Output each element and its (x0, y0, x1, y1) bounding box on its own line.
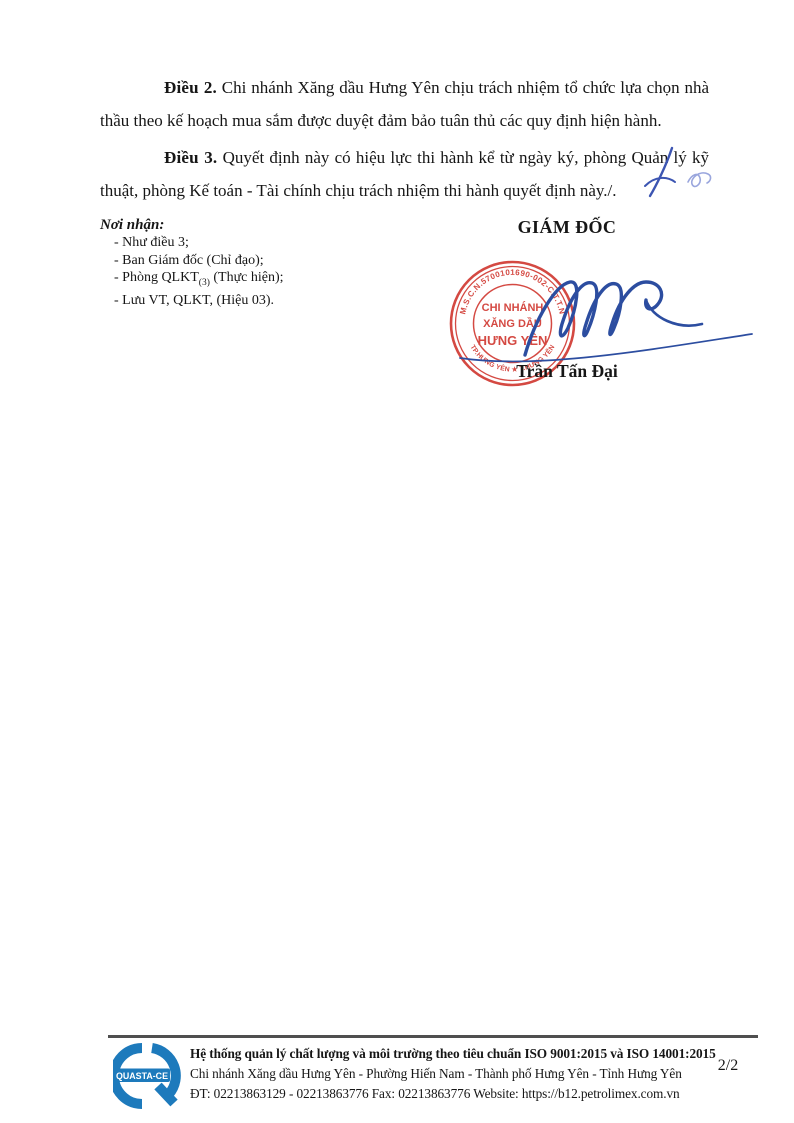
article-2-paragraph: Điều 2. Chi nhánh Xăng dầu Hưng Yên chịu… (100, 71, 709, 137)
recipient-item-subscript: (3) (199, 278, 210, 288)
recipient-item-text: - Phòng QLKT (114, 270, 199, 285)
footer-divider (108, 1035, 758, 1038)
footer-contact-line: ĐT: 02213863129 - 02213863776 Fax: 02213… (190, 1084, 716, 1104)
signer-title: GIÁM ĐỐC (447, 217, 687, 238)
recipient-item: - Phòng QLKT(3) (Thực hiện); (114, 269, 360, 292)
recipient-item: - Như điều 3; (114, 234, 360, 252)
initials-ink-mark (642, 142, 727, 204)
recipient-item: - Lưu VT, QLKT, (Hiệu 03). (114, 292, 360, 310)
logo-text: QUASTA-CE (116, 1071, 168, 1081)
quasta-ce-logo-icon: QUASTA-CE (113, 1042, 181, 1110)
recipients-header: Nơi nhận: (100, 217, 360, 234)
footer-iso-line: Hệ thống quản lý chất lượng và môi trườn… (190, 1044, 716, 1064)
article-3-label: Điều 3. (164, 148, 217, 167)
recipient-item-text: (Thực hiện); (210, 270, 284, 285)
footer-address-line: Chi nhánh Xăng dầu Hưng Yên - Phường Hiế… (190, 1064, 716, 1084)
page-number: 2/2 (698, 1057, 758, 1075)
signer-name: Trần Tấn Đại (447, 361, 687, 382)
article-2-label: Điều 2. (164, 78, 217, 97)
recipient-item: - Ban Giám đốc (Chỉ đạo); (114, 252, 360, 270)
recipients-list: - Như điều 3; - Ban Giám đốc (Chỉ đạo); … (114, 234, 360, 310)
footer-info-block: Hệ thống quản lý chất lượng và môi trườn… (190, 1044, 716, 1104)
document-page: Điều 2. Chi nhánh Xăng dầu Hưng Yên chịu… (0, 0, 794, 1123)
article-3-paragraph: Điều 3. Quyết định này có hiệu lực thi h… (100, 141, 709, 207)
recipients-block: Nơi nhận: - Như điều 3; - Ban Giám đốc (… (100, 217, 360, 310)
